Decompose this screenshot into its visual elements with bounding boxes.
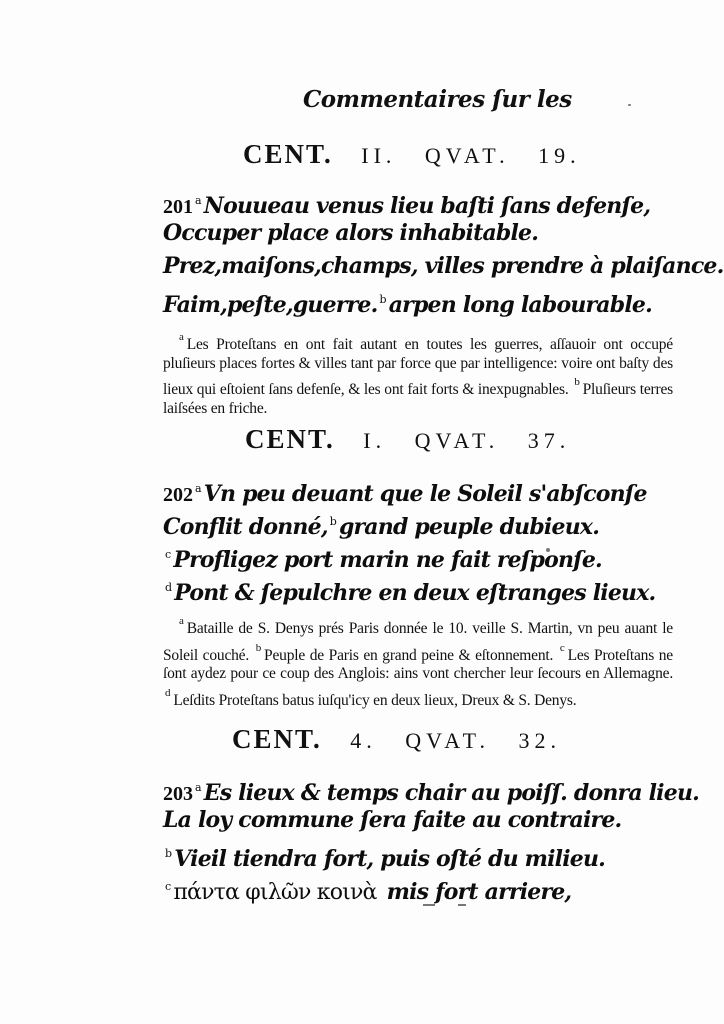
verse-text: Vn peu deuant que le Soleil s'abſconſe	[204, 481, 647, 507]
note-marker: c	[560, 642, 565, 654]
note-marker: a	[195, 482, 201, 495]
verse-text: Prez,maiſons,champs, villes prendre à pl…	[163, 253, 724, 279]
verse-line: 201aNouueau venus lieu baſti ſans defenſ…	[163, 184, 724, 217]
note-text: Leſdits Proteſtans batus iuſqu'icy en de…	[173, 692, 576, 709]
verse-text: Profligez port marin ne fait reſponſe.	[173, 547, 602, 573]
verse-text: La loy commune ſera faite au contraire.	[163, 807, 621, 833]
verse-line: Occuper place alors inhabitable.	[163, 217, 724, 250]
verse-line: Faim,peſte,guerre.barpen long labourable…	[163, 283, 724, 316]
verse-line: bVieil tiendra fort, puis oſté du milieu…	[163, 837, 699, 870]
verse-text: Occuper place alors inhabitable.	[163, 220, 538, 246]
entry-number: 201	[163, 196, 193, 218]
note-text: Peuple de Paris en grand peine & eſtonne…	[264, 647, 553, 664]
cent-label: CENT.	[245, 424, 335, 454]
verse-line: dPont & ſepulchre en deux eſtranges lieu…	[163, 571, 655, 604]
book-page: Commentaires ſur les CENT. II. QVAT. 19.…	[0, 0, 724, 1024]
verse-line: cπάντα φιλῶν κοινὰmis fort arriere,	[163, 870, 699, 903]
verse-line: La loy commune ſera faite au contraire.	[163, 804, 699, 837]
quatrain-202: 202aVn peu deuant que le Soleil s'abſcon…	[163, 472, 655, 604]
verse-text: grand peuple dubieux.	[339, 514, 599, 540]
running-head: Commentaires ſur les	[303, 86, 572, 113]
print-speck	[423, 904, 435, 906]
quat-label: QVAT.	[405, 728, 490, 753]
cent-number: II.	[361, 143, 396, 168]
note-marker: b	[165, 847, 171, 860]
cent-number: I.	[363, 428, 386, 453]
note-marker: c	[165, 548, 170, 561]
commentary-201: aLes Proteſtans en ont fait autant en to…	[163, 328, 673, 418]
quat-number: 32.	[518, 728, 561, 753]
note-marker: b	[330, 515, 336, 528]
verse-line: Conflit donné,bgrand peuple dubieux.	[163, 505, 655, 538]
verse-text: Pont & ſepulchre en deux eſtranges lieux…	[174, 580, 655, 606]
verse-line: cProfligez port marin ne fait reſponſe.	[163, 538, 655, 571]
verse-text: arpen long labourable.	[389, 292, 652, 318]
section-heading-cent-4-quat-32: CENT. 4. QVAT. 32.	[232, 724, 561, 755]
quat-number: 37.	[528, 428, 571, 453]
note-marker: b	[379, 293, 385, 306]
note-marker: a	[195, 781, 201, 794]
verse-text: Vieil tiendra fort, puis oſté du milieu.	[174, 846, 605, 872]
note-marker: c	[165, 880, 170, 893]
note-marker: a	[179, 615, 184, 627]
entry-number: 203	[163, 783, 193, 805]
note-marker: a	[179, 331, 184, 343]
verse-text: Faim,peſte,guerre.	[163, 292, 377, 318]
commentary-202: aBataille de S. Denys prés Paris donnée …	[163, 612, 673, 710]
note-marker: d	[165, 687, 170, 699]
note-marker: b	[574, 376, 579, 388]
quat-number: 19.	[538, 143, 581, 168]
quat-label: QVAT.	[425, 143, 510, 168]
section-heading-cent-1-quat-37: CENT. I. QVAT. 37.	[245, 424, 570, 455]
print-speck	[458, 904, 466, 906]
verse-text: Es lieux & temps chair au poiſſ. donra l…	[204, 780, 699, 806]
section-heading-cent-2-quat-19: CENT. II. QVAT. 19.	[243, 139, 581, 170]
quatrain-203: 203aEs lieux & temps chair au poiſſ. don…	[163, 771, 699, 903]
verse-line: Prez,maiſons,champs, villes prendre à pl…	[163, 250, 724, 283]
entry-number: 202	[163, 484, 193, 506]
print-speck	[628, 104, 631, 106]
quatrain-201: 201aNouueau venus lieu baſti ſans defenſ…	[163, 184, 724, 316]
print-speck	[546, 548, 550, 552]
note-marker: a	[195, 194, 201, 207]
note-marker: d	[165, 581, 171, 594]
quat-label: QVAT.	[415, 428, 500, 453]
cent-label: CENT.	[232, 724, 322, 754]
verse-text: mis fort arriere,	[387, 879, 572, 905]
verse-line: 203aEs lieux & temps chair au poiſſ. don…	[163, 771, 699, 804]
verse-text: Nouueau venus lieu baſti ſans defenſe,	[204, 193, 650, 219]
cent-number: 4.	[350, 728, 377, 753]
note-marker: b	[256, 642, 261, 654]
cent-label: CENT.	[243, 139, 333, 169]
verse-line: 202aVn peu deuant que le Soleil s'abſcon…	[163, 472, 655, 505]
verse-text: Conflit donné,	[163, 514, 328, 540]
greek-text: πάντα φιλῶν κοινὰ	[173, 880, 376, 905]
